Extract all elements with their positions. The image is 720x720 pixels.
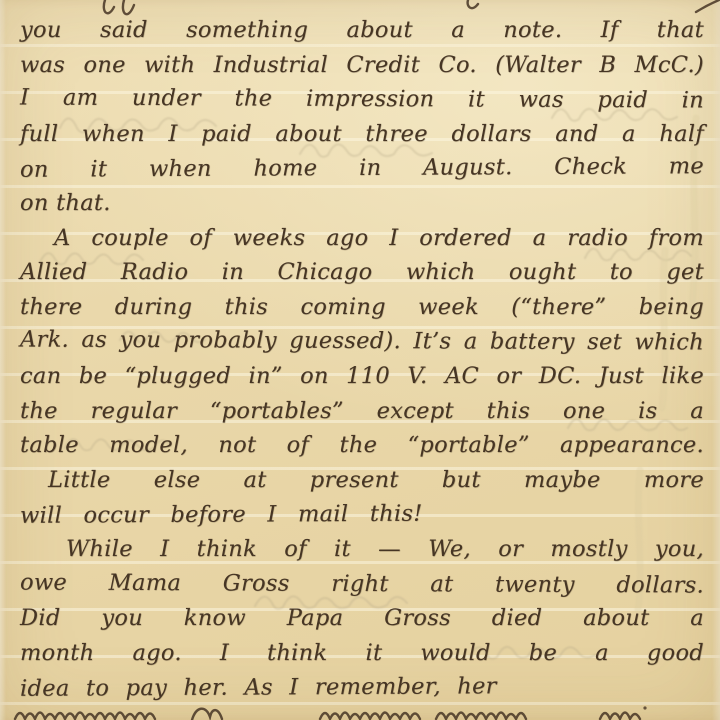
i-dot (643, 706, 646, 709)
letter-tops-stroke (320, 713, 420, 720)
handwritten-line: Did you know Papa Gross died about a (20, 601, 704, 636)
handwritten-line: was one with Industrial Credit Co. (Walt… (20, 48, 704, 83)
handwritten-line: A couple of weeks ago I ordered a radio … (20, 221, 704, 256)
handwritten-line: I am under the impression it was paid in (20, 81, 704, 119)
handwritten-line: While I think of it — We, or mostly you, (20, 532, 704, 567)
handwritten-line: full when I paid about three dollars and… (20, 117, 704, 152)
handwritten-line: month ago. I think it would be a good (20, 636, 704, 671)
letter-tops-stroke (192, 709, 222, 720)
descender-stroke (468, 0, 478, 8)
letter-tops-stroke (436, 713, 526, 720)
descender-stroke (696, 0, 719, 12)
handwritten-line: there during this coming week (“there” b… (20, 290, 704, 325)
handwritten-line: Ark. as you probably guessed). It’s a ba… (20, 323, 704, 361)
handwritten-line: owe Mama Gross right at twenty dollars. (20, 565, 704, 603)
handwritten-line: on that. (20, 186, 704, 221)
handwritten-line: table model, not of the “portable” appea… (20, 428, 704, 463)
bottom-cut-line-fragment (0, 704, 720, 720)
handwritten-line: the regular “portables” except this one … (20, 394, 704, 429)
letter-tops-stroke (600, 713, 640, 720)
handwritten-line: Allied Radio in Chicago which ought to g… (20, 255, 704, 290)
letter-page: you said something about a note. If that… (0, 0, 720, 720)
handwritten-line: idea to pay her. As I remember, her (20, 668, 704, 706)
letter-body: you said something about a note. If that… (20, 13, 704, 705)
descender-stroke (104, 0, 114, 13)
handwritten-line: will occur before I mail this! (20, 496, 704, 534)
handwritten-line: can be “plugged in” on 110 V. AC or DC. … (20, 359, 704, 394)
handwritten-line: Little else at present but maybe more (20, 463, 704, 498)
letter-tops-stroke (15, 713, 155, 720)
handwritten-line: on it when home in August. Check me (20, 150, 704, 188)
handwritten-line: you said something about a note. If that (20, 13, 704, 48)
